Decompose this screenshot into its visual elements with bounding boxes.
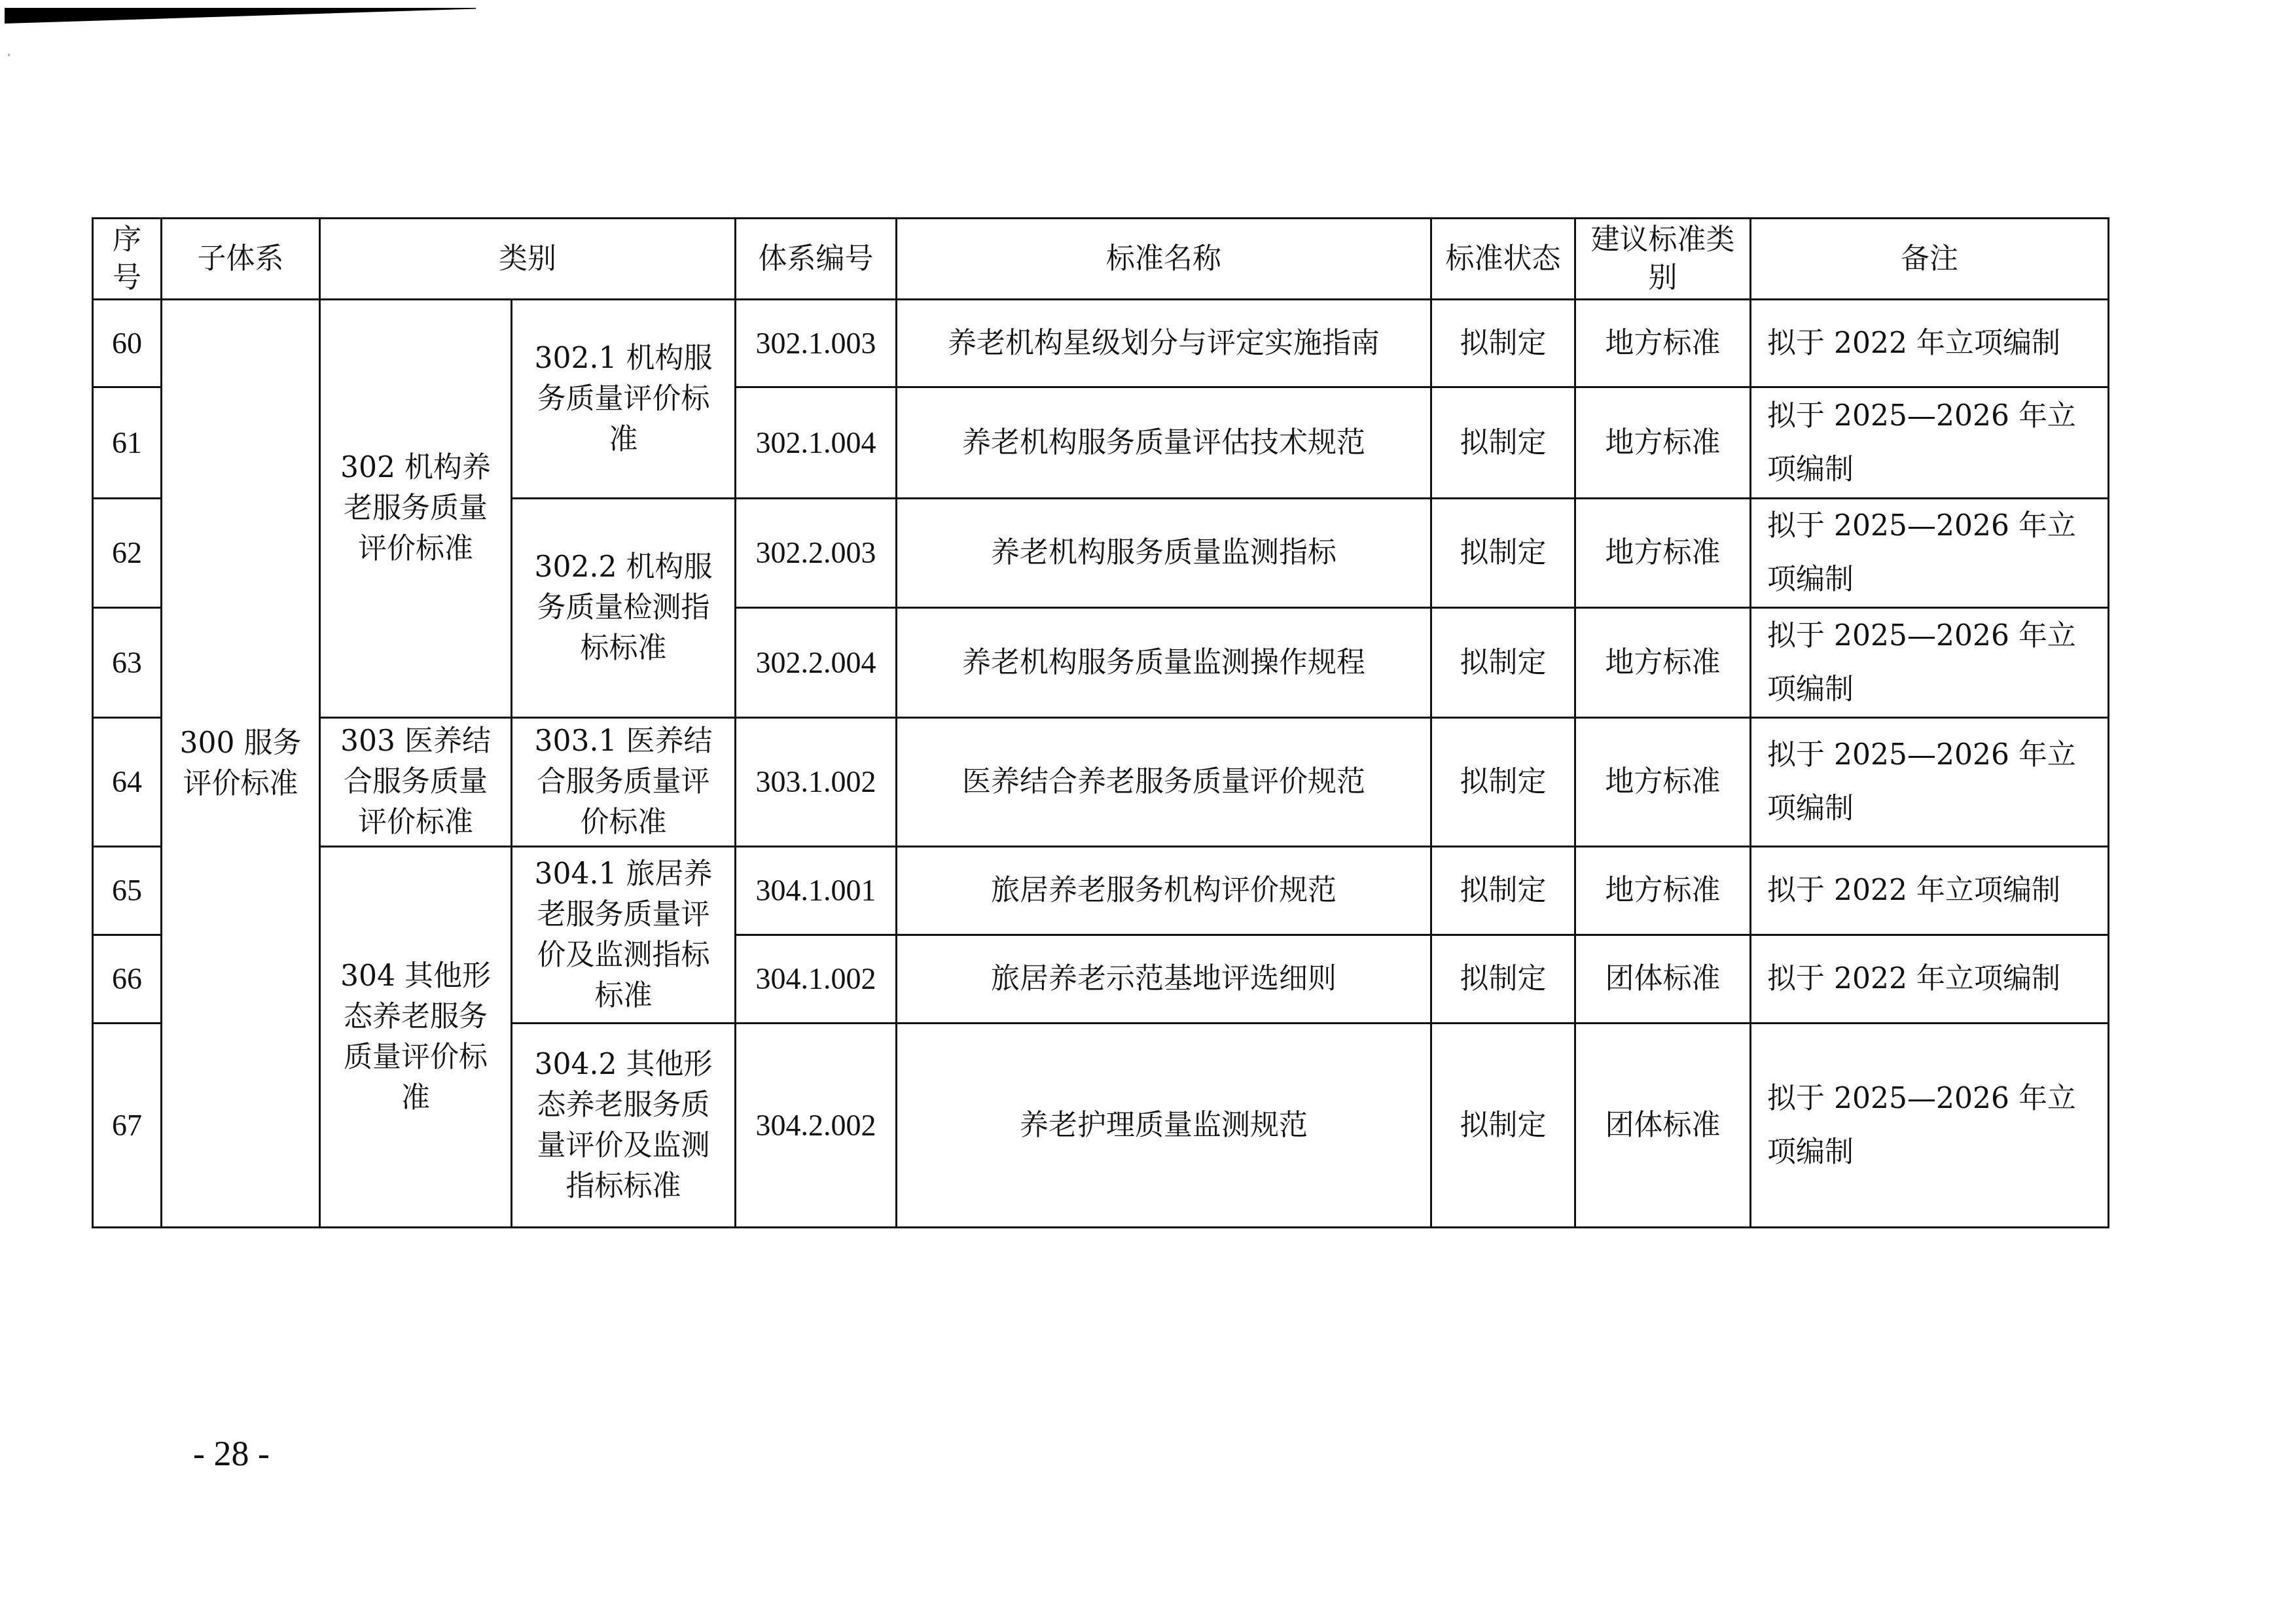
table-row: 60 300 服务评价标准 302 机构养老服务质量评价标准 302.1 机构服… bbox=[93, 300, 2109, 387]
seq-cell: 62 bbox=[93, 499, 162, 608]
seq-cell: 64 bbox=[93, 718, 162, 847]
note-cell: 拟于 2025—2026 年立项编制 bbox=[1751, 1024, 2109, 1228]
standard-name-cell: 养老机构服务质量监测操作规程 bbox=[897, 608, 1431, 718]
seq-cell: 61 bbox=[93, 387, 162, 499]
standard-name-cell: 旅居养老示范基地评选细则 bbox=[897, 935, 1431, 1024]
code-cell: 303.1.002 bbox=[736, 718, 897, 847]
category-302-2-cell: 302.2 机构服务质量检测指标标准 bbox=[512, 499, 736, 718]
status-cell: 拟制定 bbox=[1431, 935, 1575, 1024]
type-cell: 团体标准 bbox=[1575, 935, 1751, 1024]
header-remarks: 备注 bbox=[1751, 219, 2109, 300]
standards-table: 序号 子体系 类别 体系编号 标准名称 标准状态 建议标准类别 备注 60 30… bbox=[92, 217, 2109, 1228]
standard-name-cell: 养老机构星级划分与评定实施指南 bbox=[897, 300, 1431, 387]
table-row: 64 303 医养结合服务质量评价标准 303.1 医养结合服务质量评价标准 3… bbox=[93, 718, 2109, 847]
status-cell: 拟制定 bbox=[1431, 718, 1575, 847]
header-row: 序号 子体系 类别 体系编号 标准名称 标准状态 建议标准类别 备注 bbox=[93, 219, 2109, 300]
header-system-code: 体系编号 bbox=[736, 219, 897, 300]
status-cell: 拟制定 bbox=[1431, 1024, 1575, 1228]
note-cell: 拟于 2025—2026 年立项编制 bbox=[1751, 608, 2109, 718]
header-subsystem: 子体系 bbox=[162, 219, 320, 300]
category-302-cell: 302 机构养老服务质量评价标准 bbox=[320, 300, 512, 718]
header-suggested-type: 建议标准类别 bbox=[1575, 219, 1751, 300]
category-302-1-cell: 302.1 机构服务质量评价标准 bbox=[512, 300, 736, 499]
seq-cell: 63 bbox=[93, 608, 162, 718]
table-row: 65 304 其他形态养老服务质量评价标准 304.1 旅居养老服务质量评价及监… bbox=[93, 847, 2109, 935]
standard-name-cell: 养老护理质量监测规范 bbox=[897, 1024, 1431, 1228]
code-cell: 304.2.002 bbox=[736, 1024, 897, 1228]
status-cell: 拟制定 bbox=[1431, 608, 1575, 718]
type-cell: 地方标准 bbox=[1575, 718, 1751, 847]
status-cell: 拟制定 bbox=[1431, 847, 1575, 935]
header-status: 标准状态 bbox=[1431, 219, 1575, 300]
code-cell: 302.1.003 bbox=[736, 300, 897, 387]
seq-cell: 60 bbox=[93, 300, 162, 387]
code-cell: 304.1.002 bbox=[736, 935, 897, 1024]
header-seq: 序号 bbox=[93, 219, 162, 300]
type-cell: 地方标准 bbox=[1575, 608, 1751, 718]
type-cell: 团体标准 bbox=[1575, 1024, 1751, 1228]
standard-name-cell: 养老机构服务质量评估技术规范 bbox=[897, 387, 1431, 499]
status-cell: 拟制定 bbox=[1431, 499, 1575, 608]
note-cell: 拟于 2022 年立项编制 bbox=[1751, 847, 2109, 935]
category-304-2-cell: 304.2 其他形态养老服务质量评价及监测指标标准 bbox=[512, 1024, 736, 1228]
scan-artifact-dot bbox=[8, 54, 10, 56]
code-cell: 304.1.001 bbox=[736, 847, 897, 935]
status-cell: 拟制定 bbox=[1431, 300, 1575, 387]
seq-cell: 65 bbox=[93, 847, 162, 935]
standard-name-cell: 旅居养老服务机构评价规范 bbox=[897, 847, 1431, 935]
category-303-cell: 303 医养结合服务质量评价标准 bbox=[320, 718, 512, 847]
seq-cell: 67 bbox=[93, 1024, 162, 1228]
status-cell: 拟制定 bbox=[1431, 387, 1575, 499]
standard-name-cell: 养老机构服务质量监测指标 bbox=[897, 499, 1431, 608]
type-cell: 地方标准 bbox=[1575, 847, 1751, 935]
seq-cell: 66 bbox=[93, 935, 162, 1024]
code-cell: 302.2.004 bbox=[736, 608, 897, 718]
note-cell: 拟于 2025—2026 年立项编制 bbox=[1751, 718, 2109, 847]
note-cell: 拟于 2025—2026 年立项编制 bbox=[1751, 499, 2109, 608]
type-cell: 地方标准 bbox=[1575, 499, 1751, 608]
category-304-1-cell: 304.1 旅居养老服务质量评价及监测指标标准 bbox=[512, 847, 736, 1024]
header-standard-name: 标准名称 bbox=[897, 219, 1431, 300]
code-cell: 302.2.003 bbox=[736, 499, 897, 608]
scan-artifact-bar bbox=[5, 8, 476, 24]
page-number: - 28 - bbox=[193, 1433, 270, 1474]
category-303-1-cell: 303.1 医养结合服务质量评价标准 bbox=[512, 718, 736, 847]
code-cell: 302.1.004 bbox=[736, 387, 897, 499]
type-cell: 地方标准 bbox=[1575, 300, 1751, 387]
type-cell: 地方标准 bbox=[1575, 387, 1751, 499]
category-304-cell: 304 其他形态养老服务质量评价标准 bbox=[320, 847, 512, 1228]
note-cell: 拟于 2022 年立项编制 bbox=[1751, 935, 2109, 1024]
note-cell: 拟于 2022 年立项编制 bbox=[1751, 300, 2109, 387]
subsystem-cell: 300 服务评价标准 bbox=[162, 300, 320, 1228]
standard-name-cell: 医养结合养老服务质量评价规范 bbox=[897, 718, 1431, 847]
note-cell: 拟于 2025—2026 年立项编制 bbox=[1751, 387, 2109, 499]
header-category: 类别 bbox=[320, 219, 736, 300]
